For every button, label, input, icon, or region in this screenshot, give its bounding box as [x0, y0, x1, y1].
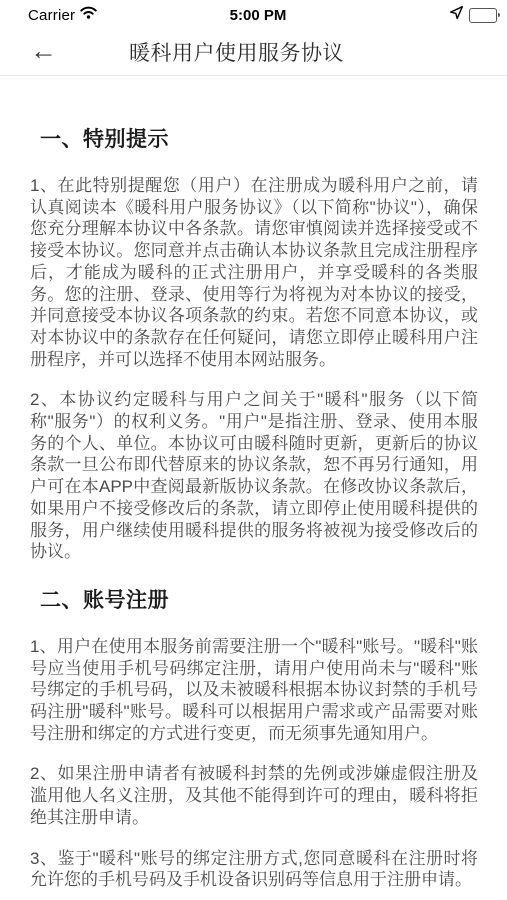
- section-heading: 一、特别提示: [30, 128, 478, 152]
- agreement-paragraph: 3、鉴于"暖科"账号的绑定注册方式,您同意暖科在注册时将允许您的手机号码及手机设…: [30, 848, 478, 891]
- agreement-screen: Carrier 5:00 PM ← 暖科用户使: [0, 0, 507, 900]
- location-arrow-icon: [449, 5, 464, 25]
- nav-bar: ← 暖科用户使用服务协议: [0, 28, 507, 76]
- agreement-content[interactable]: 一、特别提示 1、在此特别提醒您（用户）在注册成为暖科用户之前，请认真阅读本《暖…: [0, 76, 507, 891]
- section-special-notice: 一、特别提示 1、在此特别提醒您（用户）在注册成为暖科用户之前，请认真阅读本《暖…: [30, 128, 478, 563]
- section-heading: 二、账号注册: [30, 589, 478, 613]
- status-bar: Carrier 5:00 PM: [0, 0, 507, 28]
- agreement-paragraph: 1、在此特别提醒您（用户）在注册成为暖科用户之前，请认真阅读本《暖科用户服务协议…: [30, 175, 478, 370]
- agreement-paragraph: 2、如果注册申请者有被暖科封禁的先例或涉嫌虚假注册及滥用他人名义注册，及其他不能…: [30, 763, 478, 828]
- page-title: 暖科用户使用服务协议: [0, 37, 473, 67]
- agreement-paragraph: 2、本协议约定暖科与用户之间关于"暖科"服务（以下简称"服务"）的权利义务。"用…: [30, 389, 478, 563]
- agreement-paragraph: 1、用户在使用本服务前需要注册一个"暖科"账号。"暖科"账号应当使用手机号码绑定…: [30, 636, 478, 745]
- section-account-registration: 二、账号注册 1、用户在使用本服务前需要注册一个"暖科"账号。"暖科"账号应当使…: [30, 589, 478, 891]
- status-bar-left: Carrier: [28, 6, 236, 24]
- battery-icon: [469, 8, 500, 23]
- status-bar-right: [292, 5, 500, 25]
- wifi-icon: [80, 6, 97, 24]
- status-bar-time: 5:00 PM: [230, 7, 287, 24]
- carrier-label: Carrier: [28, 7, 75, 24]
